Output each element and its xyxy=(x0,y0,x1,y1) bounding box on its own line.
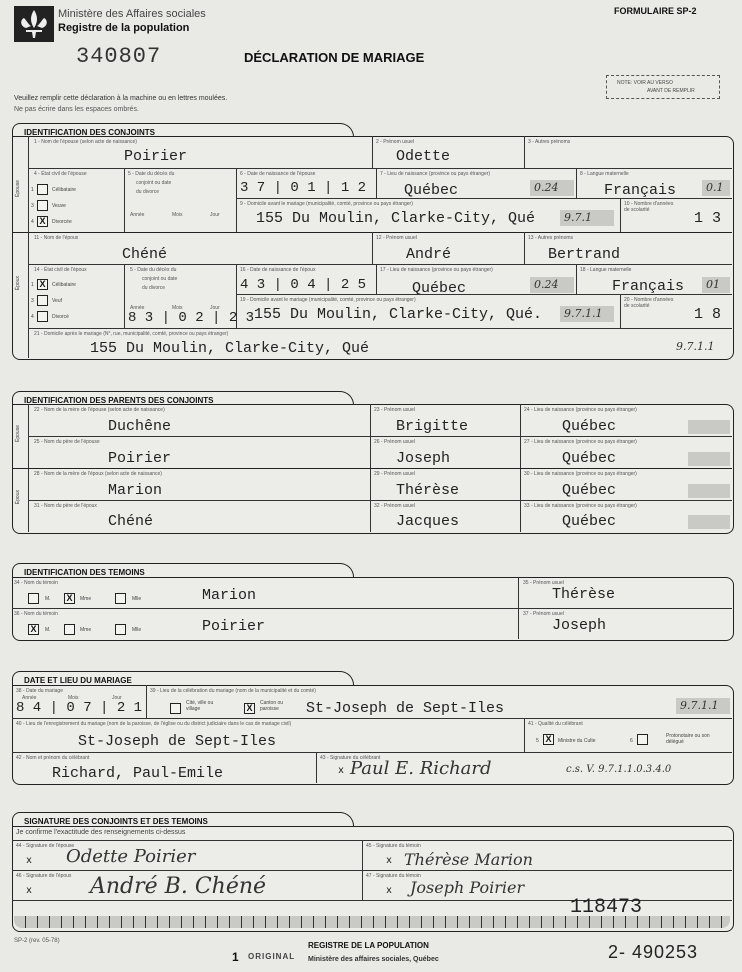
x-mark: x xyxy=(26,886,32,897)
groom-domicile[interactable]: 155 Du Moulin, Clarke-City, Qué. xyxy=(254,306,542,323)
groom-birthplace-code: 0.24 xyxy=(534,278,559,291)
witness2-signature[interactable]: Joseph Poirier xyxy=(410,878,524,897)
footer-ministry: Ministère des affaires sociales, Québec xyxy=(308,956,439,963)
bride-side-label: Épouse xyxy=(15,180,21,197)
parents-bride-side: Épouse xyxy=(15,425,21,442)
field-1-label: 1 - Nom de l'épouse (selon acte de naiss… xyxy=(34,139,137,145)
x-mark: x xyxy=(26,856,32,867)
field-5-label: conjoint ou date xyxy=(136,180,171,186)
registry-name: Registre de la population xyxy=(58,22,189,34)
bride-schooling[interactable]: 1 3 xyxy=(694,210,721,227)
groom-father-name[interactable]: Chéné xyxy=(108,513,153,530)
field-46-label: 46 - Signature de l'époux xyxy=(16,873,71,879)
divider xyxy=(362,840,363,900)
field-23-label: 23 - Prénom usuel xyxy=(374,407,415,413)
field-27-label: 27 - Lieu de naissance (province ou pays… xyxy=(524,439,637,445)
bride-language-code: 0.1 xyxy=(706,181,724,194)
registration-place[interactable]: St-Joseph de Sept-Iles xyxy=(78,733,276,750)
celebration-place[interactable]: St-Joseph de Sept-Iles xyxy=(306,700,504,717)
bride-domicile[interactable]: 155 Du Moulin, Clarke-City, Qué xyxy=(256,210,535,227)
groom-domicile-code: 9.7.1.1 xyxy=(564,307,602,320)
groom-mother-name[interactable]: Marion xyxy=(108,482,162,499)
field-15-label: du divorce xyxy=(142,285,165,291)
groom-father-first[interactable]: Jacques xyxy=(396,513,459,530)
copy-label: ORIGINAL xyxy=(248,952,295,961)
witness1-m-checkbox[interactable] xyxy=(28,593,39,604)
field-20-label: 20 - Nombre d'années de scolarité xyxy=(624,297,676,309)
divider xyxy=(236,264,237,328)
field-22-label: 22 - Nom de la mère de l'épouse (selon a… xyxy=(34,407,165,413)
year-label: Année xyxy=(130,212,144,218)
option-label: Veuf xyxy=(52,298,62,304)
divider xyxy=(524,718,525,752)
prothonotary-checkbox[interactable] xyxy=(637,734,648,745)
groom-mother-birthplace[interactable]: Québec xyxy=(562,482,616,499)
divider xyxy=(146,685,147,718)
field-6-label: 6 - Date de naissance de l'épouse xyxy=(240,171,315,177)
bride-status-widowed-checkbox[interactable] xyxy=(37,200,48,211)
bride-mother-first[interactable]: Brigitte xyxy=(396,418,468,435)
field-40-label: 40 - Lieu de l'enregistrement du mariage… xyxy=(16,721,291,727)
groom-language-code: 01 xyxy=(706,278,720,291)
divider xyxy=(28,500,732,501)
groom-schooling[interactable]: 1 8 xyxy=(694,306,721,323)
groom-first-name[interactable]: André xyxy=(406,246,451,263)
bride-signature[interactable]: Odette Poirier xyxy=(66,846,195,867)
spouses-section xyxy=(12,136,734,360)
m-label: M. xyxy=(45,596,51,602)
celebrant-signature[interactable]: Paul E. Richard xyxy=(350,758,492,779)
celebrant-name[interactable]: Richard, Paul-Emile xyxy=(52,765,223,782)
prothonotary-label: Protonotaire ou son délégué xyxy=(666,733,716,745)
field-21-label: 21 - Domicile après le mariage (N°, rue,… xyxy=(34,331,228,337)
field-19-label: 19 - Domicile avant le mariage (municipa… xyxy=(240,297,416,303)
mme-label: Mme xyxy=(80,627,91,633)
field-33-label: 33 - Lieu de naissance (province ou pays… xyxy=(524,503,637,509)
field-13-label: 13 - Autres prénoms xyxy=(528,235,573,241)
field-24-label: 24 - Lieu de naissance (province ou pays… xyxy=(524,407,637,413)
field-39-label: 39 - Lieu de la célébration du mariage (… xyxy=(150,688,316,694)
field-30-label: 30 - Lieu de naissance (province ou pays… xyxy=(524,471,637,477)
divider xyxy=(316,752,317,783)
field-38-label: 38 - Date du mariage xyxy=(16,688,63,694)
groom-status-widowed-checkbox[interactable] xyxy=(37,295,48,306)
field-18-label: 18 - Langue maternelle xyxy=(580,267,631,273)
divider xyxy=(12,840,732,841)
field-10-label: 10 - Nombre d'années de scolarité xyxy=(624,201,676,213)
field-7-label: 7 - Lieu de naissance (province ou pays … xyxy=(380,171,490,177)
divider xyxy=(28,436,732,437)
option-num: 1 xyxy=(31,187,34,193)
bride-surname[interactable]: Poirier xyxy=(124,148,187,165)
option-num: 3 xyxy=(31,203,34,209)
instruction-2: Ne pas écrire dans les espaces ombrés. xyxy=(14,106,139,113)
shaded-code-box xyxy=(688,515,730,529)
bride-status-single-checkbox[interactable] xyxy=(37,184,48,195)
x-mark: x xyxy=(338,766,344,777)
divider xyxy=(12,752,732,753)
divider xyxy=(28,264,732,265)
bride-father-birthplace[interactable]: Québec xyxy=(562,450,616,467)
form-title: DÉCLARATION DE MARIAGE xyxy=(244,50,424,65)
note-line-2: AVANT DE REMPLIR xyxy=(647,88,695,94)
bride-father-first[interactable]: Joseph xyxy=(396,450,450,467)
divider xyxy=(524,136,525,168)
field-45-label: 45 - Signature du témoin xyxy=(366,843,421,849)
quebec-logo xyxy=(14,6,54,42)
divider xyxy=(12,870,732,871)
divider xyxy=(12,608,732,609)
shaded-code-box xyxy=(688,452,730,466)
field-14-label: 14 - État civil de l'époux xyxy=(34,267,87,273)
stamp-number: 118473 xyxy=(570,896,642,919)
field-28-label: 28 - Nom de la mère de l'époux (selon ac… xyxy=(34,471,162,477)
witness2-mme-checkbox[interactable] xyxy=(64,624,75,635)
mme-label: Mme xyxy=(80,596,91,602)
groom-birth-date[interactable]: 4 3 | 0 4 | 2 5 xyxy=(240,277,366,293)
option-label: Divorcée xyxy=(52,219,72,225)
ministry-name: Ministère des Affaires sociales xyxy=(58,8,206,20)
divider xyxy=(372,232,373,264)
divider xyxy=(376,264,377,294)
x-mark: x xyxy=(386,886,392,897)
field-5-label: du divorce xyxy=(136,189,159,195)
confirm-text: Je confirme l'exactitude des renseigneme… xyxy=(16,829,185,836)
field-31-label: 31 - Nom du père de l'époux xyxy=(34,503,97,509)
divider xyxy=(28,168,732,169)
bride-status-divorced-checkbox[interactable]: X xyxy=(37,216,48,227)
field-25-label: 25 - Nom du père de l'épouse xyxy=(34,439,100,445)
divider xyxy=(518,577,519,639)
witness2-m-checkbox[interactable]: X xyxy=(28,624,39,635)
signatures-section-title: SIGNATURE DES CONJOINTS ET DES TEMOINS xyxy=(24,817,208,826)
witness1-signature[interactable]: Thérèse Marion xyxy=(404,850,533,869)
groom-status-divorced-checkbox[interactable] xyxy=(37,311,48,322)
divider xyxy=(236,294,732,295)
divider xyxy=(12,718,732,719)
bride-mother-birthplace[interactable]: Québec xyxy=(562,418,616,435)
footer-registry: REGISTRE DE LA POPULATION xyxy=(308,941,429,950)
field-12-label: 12 - Prénom usuel xyxy=(376,235,417,241)
field-26-label: 26 - Prénom usuel xyxy=(374,439,415,445)
divider xyxy=(576,168,577,198)
after-marriage-domicile[interactable]: 155 Du Moulin, Clarke-City, Qué xyxy=(90,340,369,357)
x-mark: x xyxy=(386,856,392,867)
witness2-name[interactable]: Poirier xyxy=(202,618,265,635)
note-line-1: NOTE: VOIR AU VERSO xyxy=(617,80,673,86)
instruction-1: Veuillez remplir cette déclaration à la … xyxy=(14,95,227,102)
divider xyxy=(372,136,373,168)
note-box: NOTE: VOIR AU VERSO AVANT DE REMPLIR xyxy=(606,75,720,99)
option-num: 3 xyxy=(31,298,34,304)
field-17-label: 17 - Lieu de naissance (province ou pays… xyxy=(380,267,493,273)
document-number: 2- 490253 xyxy=(608,942,698,963)
fleur-de-lis-icon xyxy=(14,6,54,42)
after-domicile-code: 9.7.1.1 xyxy=(676,340,714,353)
option-label: Veuve xyxy=(52,203,66,209)
shaded-code-box xyxy=(688,484,730,498)
celebration-place-code: 9.7.1.1 xyxy=(680,699,718,712)
field-3-label: 3 - Autres prénoms xyxy=(528,139,570,145)
divider xyxy=(28,328,732,329)
option-label: Divorcé xyxy=(52,314,69,320)
bride-birthplace[interactable]: Québec xyxy=(404,182,458,199)
bride-domicile-code: 9.7.1 xyxy=(564,211,592,224)
shaded-code-box xyxy=(688,420,730,434)
divider xyxy=(236,198,732,199)
month-label: Mois xyxy=(172,212,183,218)
city-checkbox[interactable] xyxy=(170,703,181,714)
groom-language[interactable]: Français xyxy=(612,278,684,295)
form-revision: SP-2 (rev. 05-78) xyxy=(14,938,60,944)
divider xyxy=(576,264,577,294)
serial-number: 340807 xyxy=(76,44,161,69)
divider xyxy=(524,232,525,264)
canton-checkbox[interactable]: X xyxy=(244,703,255,714)
groom-other-names[interactable]: Bertrand xyxy=(548,246,620,263)
field-36-label: 36 - Nom du témoin xyxy=(14,611,58,617)
marriage-date[interactable]: 8 4 | 0 7 | 2 1 xyxy=(16,700,142,716)
groom-signature[interactable]: André B. Chéné xyxy=(90,874,266,899)
copy-number: 1 xyxy=(232,950,239,964)
field-5-label: 5 - Date du décès du xyxy=(128,171,174,177)
m-label: M. xyxy=(45,627,51,633)
groom-status-single-checkbox[interactable]: X xyxy=(37,279,48,290)
bride-first-name[interactable]: Odette xyxy=(396,148,450,165)
divider xyxy=(124,168,125,232)
form-code: FORMULAIRE SP-2 xyxy=(614,6,697,16)
witness1-mlle-checkbox[interactable] xyxy=(115,593,126,604)
groom-side-label: Époux xyxy=(15,276,21,290)
field-8-label: 8 - Langue maternelle xyxy=(580,171,629,177)
witness1-name[interactable]: Marion xyxy=(202,587,256,604)
witness2-first[interactable]: Joseph xyxy=(552,617,606,634)
field-42-label: 42 - Nom et prénom du célébrant xyxy=(16,755,89,761)
marriage-section-title: DATE ET LIEU DU MARIAGE xyxy=(24,676,132,685)
day-label: Jour xyxy=(210,212,220,218)
field-15-label: 5 - Date du décès du xyxy=(130,267,176,273)
bride-father-name[interactable]: Poirier xyxy=(108,450,171,467)
witnesses-section-title: IDENTIFICATION DES TEMOINS xyxy=(24,568,145,577)
groom-mother-first[interactable]: Thérèse xyxy=(396,482,459,499)
bride-birth-date[interactable]: 3 7 | 0 1 | 1 2 xyxy=(240,180,366,196)
bride-mother-name[interactable]: Duchêne xyxy=(108,418,171,435)
field-4-label: 4 - État civil de l'épouse xyxy=(34,171,87,177)
canton-option-label: Canton ou paroisse xyxy=(260,700,300,712)
option-label: Célibataire xyxy=(52,282,76,288)
witness1-first[interactable]: Thérèse xyxy=(552,586,615,603)
divider xyxy=(12,468,732,469)
field-15-label: conjoint ou date xyxy=(142,276,177,282)
option-num: 4 xyxy=(31,219,34,225)
groom-father-birthplace[interactable]: Québec xyxy=(562,513,616,530)
option-label: Célibataire xyxy=(52,187,76,193)
option-num: 5 xyxy=(536,738,539,744)
mlle-label: Mlle xyxy=(132,627,141,633)
option-num: 6 xyxy=(630,738,633,744)
city-option-label: Cité, ville ou village xyxy=(186,700,226,712)
divider xyxy=(124,264,125,328)
divider xyxy=(376,168,377,198)
field-29-label: 29 - Prénom usuel xyxy=(374,471,415,477)
minister-label: Ministre du Culte xyxy=(558,738,596,744)
option-num: 1 xyxy=(31,282,34,288)
bride-birthplace-code: 0.24 xyxy=(534,181,559,194)
witness1-mme-checkbox[interactable]: X xyxy=(64,593,75,604)
divider xyxy=(236,168,237,232)
mlle-label: Mlle xyxy=(132,596,141,602)
divider xyxy=(620,294,621,328)
field-11-label: 11 - Nom de l'époux xyxy=(34,235,78,241)
side-column-divider xyxy=(28,136,29,358)
celebrant-signature-suffix: c.s. V. 9.7.1.1.0.3.4.0 xyxy=(566,764,671,775)
field-41-label: 41 - Qualité du célébrant xyxy=(528,721,583,727)
field-16-label: 16 - Date de naissance de l'époux xyxy=(240,267,315,273)
field-32-label: 32 - Prénom usuel xyxy=(374,503,415,509)
witness2-mlle-checkbox[interactable] xyxy=(115,624,126,635)
field-34-label: 34 - Nom du témoin xyxy=(14,580,58,586)
bride-language[interactable]: Français xyxy=(604,182,676,199)
divider xyxy=(620,198,621,232)
field-2-label: 2 - Prénom usuel xyxy=(376,139,414,145)
parents-groom-side: Époux xyxy=(15,490,21,504)
minister-checkbox[interactable]: X xyxy=(543,734,554,745)
field-9-label: 9 - Domicile avant le mariage (municipal… xyxy=(240,201,413,207)
option-num: 4 xyxy=(31,314,34,320)
groom-surname[interactable]: Chéné xyxy=(122,246,167,263)
